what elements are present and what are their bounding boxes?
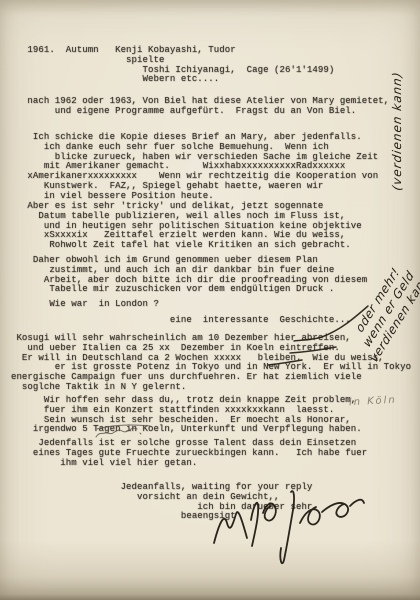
handwritten-margin-note-vertical: (verdienen kann) [390, 55, 404, 207]
london-question: Wie war in London ? [0, 300, 420, 310]
tricky-paragraph: Aber es ist sehr 'tricky' und delikat, j… [0, 202, 420, 251]
typewritten-line: ihm viel viel hier getan. [0, 459, 420, 469]
typewritten-line: und eigene Programme aufgefürt. Fragst d… [0, 107, 420, 117]
talent-paragraph: Jedenfalls ist er solche grosse Talent d… [0, 439, 420, 468]
closing-block: Jedeanfalls, waiting for your reply vors… [0, 483, 420, 522]
kopie-paragraph: Ich schicke die Kopie dieses Brief an Ma… [0, 133, 420, 202]
typewritten-line: Tabelle mir zuzuschicken vor dem endgült… [0, 285, 420, 295]
typewritten-line: irgendwo 5 Tagen in Koeln, Unterkunft un… [0, 425, 420, 435]
typewritten-line: beaengsigt [0, 512, 420, 522]
date-header: 1961. Autumn Kenji Kobayashi, Tudor spie… [0, 46, 420, 85]
typewritten-line: soglche Taktik in N Y gelernt. [0, 383, 420, 393]
letter-page: 1961. Autumn Kenji Kobayashi, Tudor spie… [0, 0, 420, 600]
typewritten-line: Webern etc.... [0, 75, 420, 85]
typewritten-line: Rohwolt Zeit tafel hat viele Kritiken an… [0, 241, 420, 251]
daher-paragraph: Daher obwohl ich im Grund genommen ueber… [0, 256, 420, 295]
von-biel-note: nach 1962 oder 1963, Von Biel hat diese … [0, 97, 420, 117]
typewritten-line: Wie war in London ? [0, 300, 420, 310]
